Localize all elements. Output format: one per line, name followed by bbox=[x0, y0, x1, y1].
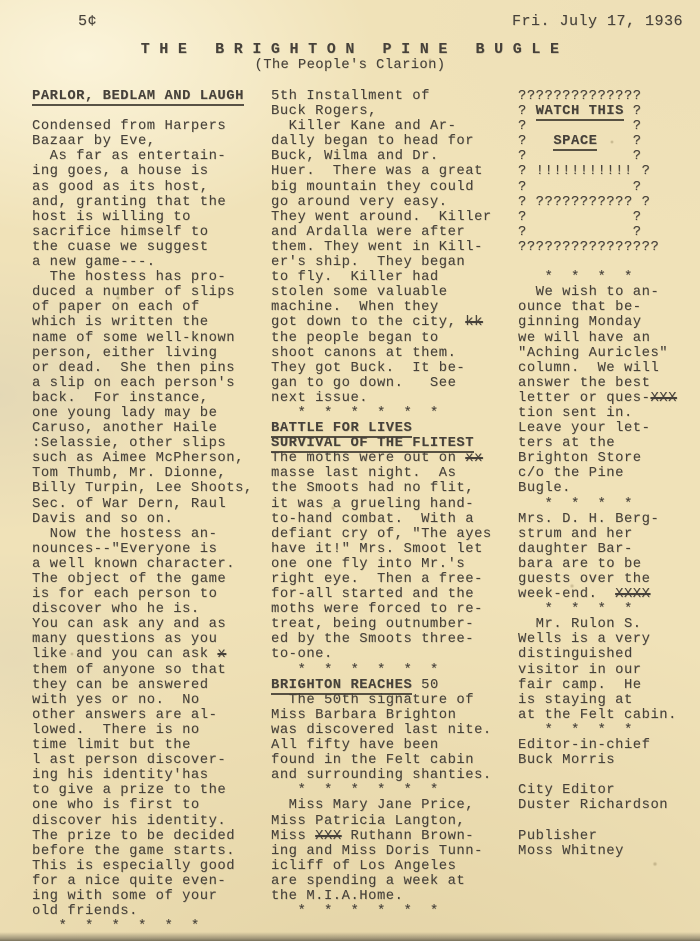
text-line: City Editor bbox=[518, 783, 677, 798]
text-line: The prize to be decided bbox=[32, 829, 253, 844]
text-line: Leave your let- bbox=[518, 421, 677, 436]
text-line: nounces--"Everyone is bbox=[32, 542, 253, 557]
text-line: * * * * bbox=[518, 723, 677, 738]
text-line: defiant cry of, "The ayes bbox=[271, 527, 492, 542]
text-line: to-hand combat. With a bbox=[271, 512, 492, 527]
text-line: week-end. XXXX bbox=[518, 587, 677, 602]
date-label: Fri. July 17, 1936 bbox=[512, 13, 683, 30]
text-line: distinguished bbox=[518, 647, 677, 662]
masthead-subtitle: (The People's Clarion) bbox=[0, 58, 700, 73]
text-line: visitor in our bbox=[518, 663, 677, 678]
text-line: * * * * * * bbox=[271, 783, 492, 798]
text-line: 5th Installment of bbox=[271, 89, 492, 104]
text-line: stolen some valuable bbox=[271, 285, 492, 300]
text-line: other answers are al- bbox=[32, 708, 253, 723]
text-line: er's ship. They began bbox=[271, 255, 492, 270]
text-line: is staying at bbox=[518, 693, 677, 708]
text-line: discover who he is. bbox=[32, 602, 253, 617]
text-line: The object of the game bbox=[32, 572, 253, 587]
text-line: * * * * bbox=[518, 602, 677, 617]
text-line: Miss Mary Jane Price, bbox=[271, 798, 492, 813]
text-line: PARLOR, BEDLAM AND LAUGH bbox=[32, 89, 253, 104]
newsletter-page: 5¢ Fri. July 17, 1936 T H E B R I G H T … bbox=[0, 0, 700, 941]
text-line: The moths were out on xx bbox=[271, 451, 492, 466]
text-line: This is especially good bbox=[32, 859, 253, 874]
text-line: person, either living bbox=[32, 346, 253, 361]
text-line: ? SPACE ? bbox=[518, 134, 677, 149]
text-line bbox=[32, 104, 253, 119]
text-line: a new game---. bbox=[32, 255, 253, 270]
text-line: Bazaar by Eve, bbox=[32, 134, 253, 149]
text-line: masse last night. As bbox=[271, 466, 492, 481]
text-line: ? ? bbox=[518, 149, 677, 164]
text-line: many questions as you bbox=[32, 632, 253, 647]
text-line: and surrounding shanties. bbox=[271, 768, 492, 783]
text-line: moths were forced to re- bbox=[271, 602, 492, 617]
text-line: before the game starts. bbox=[32, 844, 253, 859]
text-line: lowed. There is no bbox=[32, 723, 253, 738]
text-line: treat, being outnumber- bbox=[271, 617, 492, 632]
text-line: letter or ques-XXX bbox=[518, 391, 677, 406]
text-line: the cuase we suggest bbox=[32, 240, 253, 255]
text-line: * * * * * * bbox=[32, 919, 253, 934]
text-line: as good as its host, bbox=[32, 180, 253, 195]
text-line: We wish to an- bbox=[518, 285, 677, 300]
text-line: found in the Felt cabin bbox=[271, 753, 492, 768]
text-line: such as Aimee McPherson, bbox=[32, 451, 253, 466]
text-line: bara are to be bbox=[518, 557, 677, 572]
text-line: icliff of Los Angeles bbox=[271, 859, 492, 874]
text-line: discover his identity. bbox=[32, 814, 253, 829]
text-line: was discovered last nite. bbox=[271, 723, 492, 738]
text-line: ed by the Smoots three- bbox=[271, 632, 492, 647]
text-line: is for each person to bbox=[32, 587, 253, 602]
text-line: host is willing to bbox=[32, 210, 253, 225]
text-line: Huer. There was a great bbox=[271, 164, 492, 179]
text-line: c/o the Pine bbox=[518, 466, 677, 481]
text-line: and, granting that the bbox=[32, 195, 253, 210]
text-line: ?????????????? bbox=[518, 89, 677, 104]
text-line: ? WATCH THIS ? bbox=[518, 104, 677, 119]
text-line: ters at the bbox=[518, 436, 677, 451]
text-line: dally began to head for bbox=[271, 134, 492, 149]
text-line: sacrifice himself to bbox=[32, 225, 253, 240]
text-line: Miss Patricia Langton, bbox=[271, 814, 492, 829]
text-line: * * * * bbox=[518, 497, 677, 512]
text-line: the Smoots had no flit, bbox=[271, 481, 492, 496]
text-line: ? ? bbox=[518, 225, 677, 240]
text-line: to-one. bbox=[271, 647, 492, 662]
text-line: one young lady may be bbox=[32, 406, 253, 421]
text-line: name of some well-known bbox=[32, 331, 253, 346]
text-line: Buck Morris bbox=[518, 753, 677, 768]
text-line: * * * * bbox=[518, 270, 677, 285]
text-line: ing with some of your bbox=[32, 889, 253, 904]
text-line: one one fly into Mr.'s bbox=[271, 557, 492, 572]
text-line: Publisher bbox=[518, 829, 677, 844]
text-line: strum and her bbox=[518, 527, 677, 542]
text-line: next issue. bbox=[271, 391, 492, 406]
text-line: them. They went in Kill- bbox=[271, 240, 492, 255]
text-line bbox=[518, 255, 677, 270]
text-line: they can be answered bbox=[32, 678, 253, 693]
text-line: Mrs. D. H. Berg- bbox=[518, 512, 677, 527]
text-line: guests over the bbox=[518, 572, 677, 587]
text-line: Brighton Store bbox=[518, 451, 677, 466]
text-line: * * * * * * bbox=[271, 406, 492, 421]
text-line: ginning Monday bbox=[518, 315, 677, 330]
text-line: one who is first to bbox=[32, 798, 253, 813]
text-line: ? ??????????? ? bbox=[518, 195, 677, 210]
text-line: ing goes, a house is bbox=[32, 164, 253, 179]
text-line: Moss Whitney bbox=[518, 844, 677, 859]
text-line: SURVIVAL OF THE FLITEST bbox=[271, 436, 492, 451]
text-line: to give a prize to the bbox=[32, 783, 253, 798]
price-label: 5¢ bbox=[78, 13, 97, 30]
text-line: Buck, Wilma and Dr. bbox=[271, 149, 492, 164]
text-line bbox=[518, 768, 677, 783]
text-line: :Selassie, other slips bbox=[32, 436, 253, 451]
text-line: for-all started and the bbox=[271, 587, 492, 602]
text-line: daughter Bar- bbox=[518, 542, 677, 557]
text-line: to fly. Killer had bbox=[271, 270, 492, 285]
text-line: like and you can ask x bbox=[32, 647, 253, 662]
text-line: for a nice quite even- bbox=[32, 874, 253, 889]
text-line: As far as entertain- bbox=[32, 149, 253, 164]
text-line: Killer Kane and Ar- bbox=[271, 119, 492, 134]
text-line: Bugle. bbox=[518, 481, 677, 496]
text-line: ???????????????? bbox=[518, 240, 677, 255]
text-line: a well known character. bbox=[32, 557, 253, 572]
text-line: Davis and so on. bbox=[32, 512, 253, 527]
text-line: ? ? bbox=[518, 180, 677, 195]
text-line: it was a grueling hand- bbox=[271, 497, 492, 512]
text-line: Condensed from Harpers bbox=[32, 119, 253, 134]
text-line: ? ? bbox=[518, 119, 677, 134]
text-line: of paper on each of bbox=[32, 300, 253, 315]
text-line: The hostess has pro- bbox=[32, 270, 253, 285]
text-line: machine. When they bbox=[271, 300, 492, 315]
text-line: time limit but the bbox=[32, 738, 253, 753]
text-line: them of anyone so that bbox=[32, 663, 253, 678]
text-line: a slip on each person's bbox=[32, 376, 253, 391]
text-line: with yes or no. No bbox=[32, 693, 253, 708]
text-line: BATTLE FOR LIVES bbox=[271, 421, 492, 436]
text-line: BRIGHTON REACHES 50 bbox=[271, 678, 492, 693]
text-line: ? ? bbox=[518, 210, 677, 225]
text-line: answer the best bbox=[518, 376, 677, 391]
text-line: Tom Thumb, Mr. Dionne, bbox=[32, 466, 253, 481]
text-line: or dead. She then pins bbox=[32, 361, 253, 376]
text-line: Caruso, another Haile bbox=[32, 421, 253, 436]
text-line: Mr. Rulon S. bbox=[518, 617, 677, 632]
text-line: the people began to bbox=[271, 331, 492, 346]
text-line: got down to the city, kk bbox=[271, 315, 492, 330]
text-line: Miss Barbara Brighton bbox=[271, 708, 492, 723]
text-line: fair camp. He bbox=[518, 678, 677, 693]
text-line: * * * * * * bbox=[271, 904, 492, 919]
column-middle: 5th Installment ofBuck Rogers, Killer Ka… bbox=[271, 89, 492, 919]
text-line: we will have an bbox=[518, 331, 677, 346]
text-line: Editor-in-chief bbox=[518, 738, 677, 753]
text-line: ? !!!!!!!!!!! ? bbox=[518, 164, 677, 179]
text-line: They went around. Killer bbox=[271, 210, 492, 225]
masthead-title: T H E B R I G H T O N P I N E B U G L E bbox=[0, 41, 700, 58]
text-line: All fifty have been bbox=[271, 738, 492, 753]
text-line: have it!" Mrs. Smoot let bbox=[271, 542, 492, 557]
text-line: ing and Miss Doris Tunn- bbox=[271, 844, 492, 859]
text-line: big mountain they could bbox=[271, 180, 492, 195]
text-line: column. We will bbox=[518, 361, 677, 376]
text-line: right eye. Then a free- bbox=[271, 572, 492, 587]
text-line: which is written the bbox=[32, 315, 253, 330]
text-line: Duster Richardson bbox=[518, 798, 677, 813]
text-line: ounce that be- bbox=[518, 300, 677, 315]
text-line: l ast person discover- bbox=[32, 753, 253, 768]
text-line: You can ask any and as bbox=[32, 617, 253, 632]
text-line: Miss XXX Ruthann Brown- bbox=[271, 829, 492, 844]
text-line: Now the hostess an- bbox=[32, 527, 253, 542]
column-right: ??????????????? WATCH THIS ?? ?? SPACE ?… bbox=[518, 89, 677, 859]
text-line: They got Buck. It be- bbox=[271, 361, 492, 376]
column-left: PARLOR, BEDLAM AND LAUGH Condensed from … bbox=[32, 89, 253, 934]
text-line: "Aching Auricles" bbox=[518, 346, 677, 361]
text-line: gan to go down. See bbox=[271, 376, 492, 391]
text-line: Wells is a very bbox=[518, 632, 677, 647]
text-line: go around very easy. bbox=[271, 195, 492, 210]
text-line bbox=[518, 814, 677, 829]
text-line: * * * * * * bbox=[271, 663, 492, 678]
text-line: The 50th signature of bbox=[271, 693, 492, 708]
text-line: are spending a week at bbox=[271, 874, 492, 889]
text-line: the M.I.A.Home. bbox=[271, 889, 492, 904]
text-line: back. For instance, bbox=[32, 391, 253, 406]
text-line: Billy Turpin, Lee Shoots, bbox=[32, 481, 253, 496]
text-line: at the Felt cabin. bbox=[518, 708, 677, 723]
text-line: shoot canons at them. bbox=[271, 346, 492, 361]
text-line: and Ardalla were after bbox=[271, 225, 492, 240]
text-line: duced a number of slips bbox=[32, 285, 253, 300]
text-line: tion sent in. bbox=[518, 406, 677, 421]
text-line: Sec. of War Dern, Raul bbox=[32, 497, 253, 512]
text-line: ing his identity'has bbox=[32, 768, 253, 783]
text-line: Buck Rogers, bbox=[271, 104, 492, 119]
text-line: old friends. bbox=[32, 904, 253, 919]
